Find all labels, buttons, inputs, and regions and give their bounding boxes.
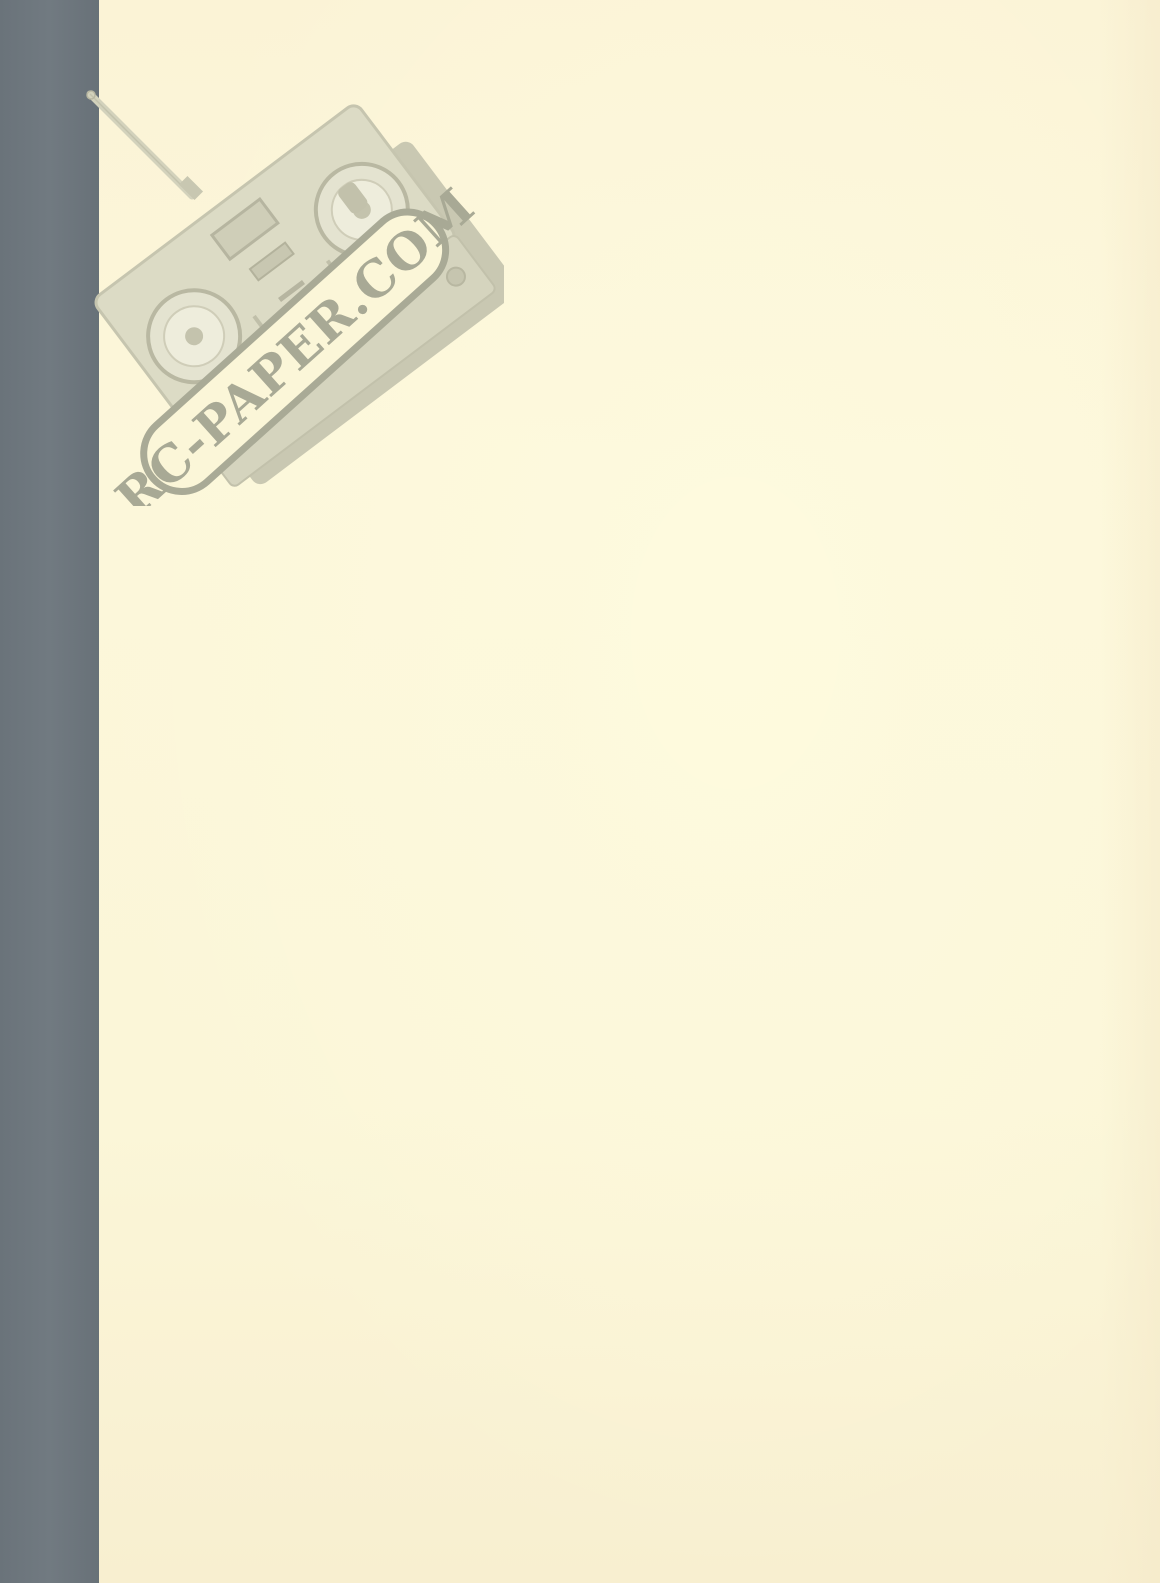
antenna-icon (87, 91, 203, 200)
rc-transmitter-icon: RC-PAPER.COM (84, 86, 504, 506)
watermark-logo: RC-PAPER.COM (84, 86, 504, 506)
